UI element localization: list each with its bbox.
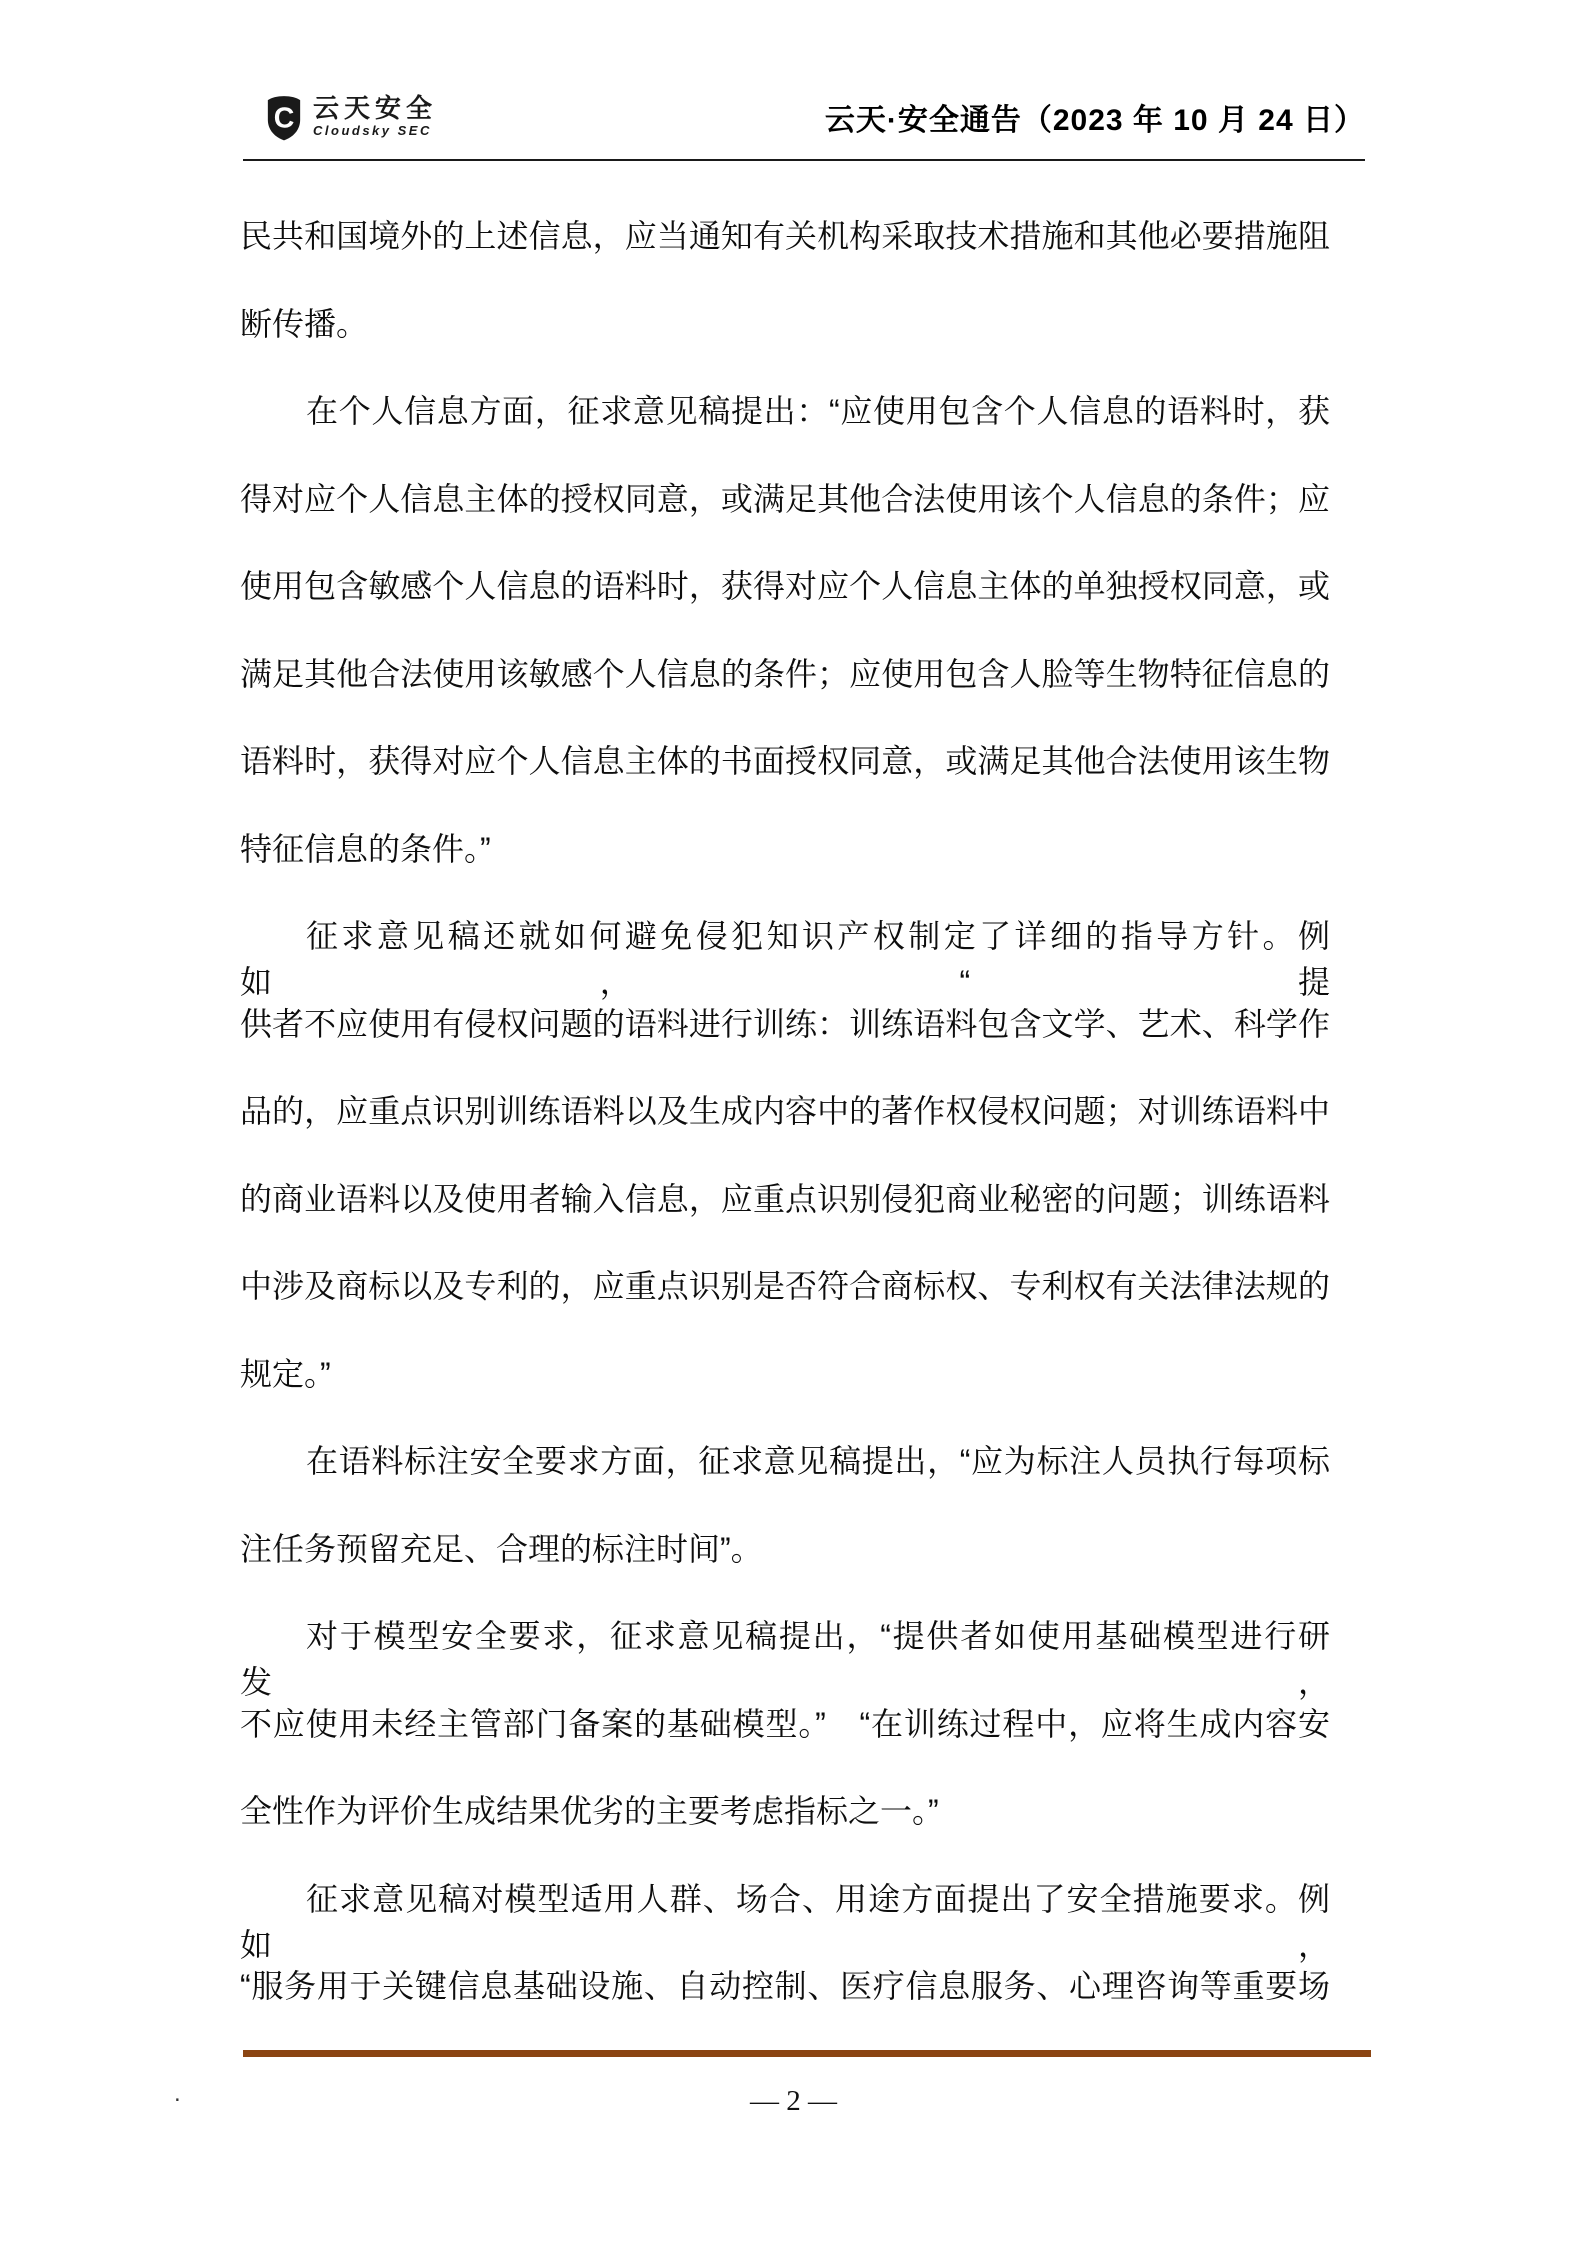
- body-line: 征求意见稿对模型适用人群、场合、用途方面提出了安全措施要求。例如，: [240, 1876, 1330, 1964]
- page-number: — 2 —: [0, 2085, 1587, 2118]
- body-line: 的商业语料以及使用者输入信息，应重点识别侵犯商业秘密的问题；训练语料: [240, 1176, 1330, 1264]
- body-line: 不应使用未经主管部门备案的基础模型。” “在训练过程中，应将生成内容安: [240, 1701, 1330, 1789]
- footer-rule: [243, 2050, 1371, 2057]
- body-line: 注任务预留充足、合理的标注时间”。: [240, 1526, 1330, 1614]
- body-line: 供者不应使用有侵权问题的语料进行训练：训练语料包含文学、艺术、科学作: [240, 1001, 1330, 1089]
- body-line: 全性作为评价生成结果优劣的主要考虑指标之一。”: [240, 1788, 1330, 1876]
- body-line: 对于模型安全要求，征求意见稿提出，“提供者如使用基础模型进行研发，: [240, 1613, 1330, 1701]
- body-line: 在语料标注安全要求方面，征求意见稿提出，“应为标注人员执行每项标: [240, 1438, 1330, 1526]
- body-line: 品的，应重点识别训练语料以及生成内容中的著作权侵权问题；对训练语料中: [240, 1088, 1330, 1176]
- body-line: 征求意见稿还就如何避免侵犯知识产权制定了详细的指导方针。例如，“提: [240, 913, 1330, 1001]
- body-line: 在个人信息方面，征求意见稿提出：“应使用包含个人信息的语料时，获: [240, 388, 1330, 476]
- body-line: 断传播。: [240, 301, 1330, 389]
- body-line: “服务用于关键信息基础设施、自动控制、医疗信息服务、心理咨询等重要场: [240, 1963, 1330, 2051]
- body-line: 中涉及商标以及专利的，应重点识别是否符合商标权、专利权有关法律法规的: [240, 1263, 1330, 1351]
- document-page: C 云天安全 Cloudsky SEC 云天·安全通告（2023 年 10 月 …: [0, 0, 1587, 2245]
- body-line: 使用包含敏感个人信息的语料时，获得对应个人信息主体的单独授权同意，或: [240, 563, 1330, 651]
- header-title: 云天·安全通告（2023 年 10 月 24 日）: [243, 97, 1365, 141]
- body-line: 规定。”: [240, 1351, 1330, 1439]
- body-line: 语料时，获得对应个人信息主体的书面授权同意，或满足其他合法使用该生物: [240, 738, 1330, 826]
- body-line: 特征信息的条件。”: [240, 826, 1330, 914]
- header-rule: [243, 159, 1365, 161]
- body-line: 满足其他合法使用该敏感个人信息的条件；应使用包含人脸等生物特征信息的: [240, 651, 1330, 739]
- body-line: 得对应个人信息主体的授权同意，或满足其他合法使用该个人信息的条件；应: [240, 476, 1330, 564]
- document-body: 民共和国境外的上述信息，应当通知有关机构采取技术措施和其他必要措施阻断传播。在个…: [240, 213, 1330, 2051]
- body-line: 民共和国境外的上述信息，应当通知有关机构采取技术措施和其他必要措施阻: [240, 213, 1330, 301]
